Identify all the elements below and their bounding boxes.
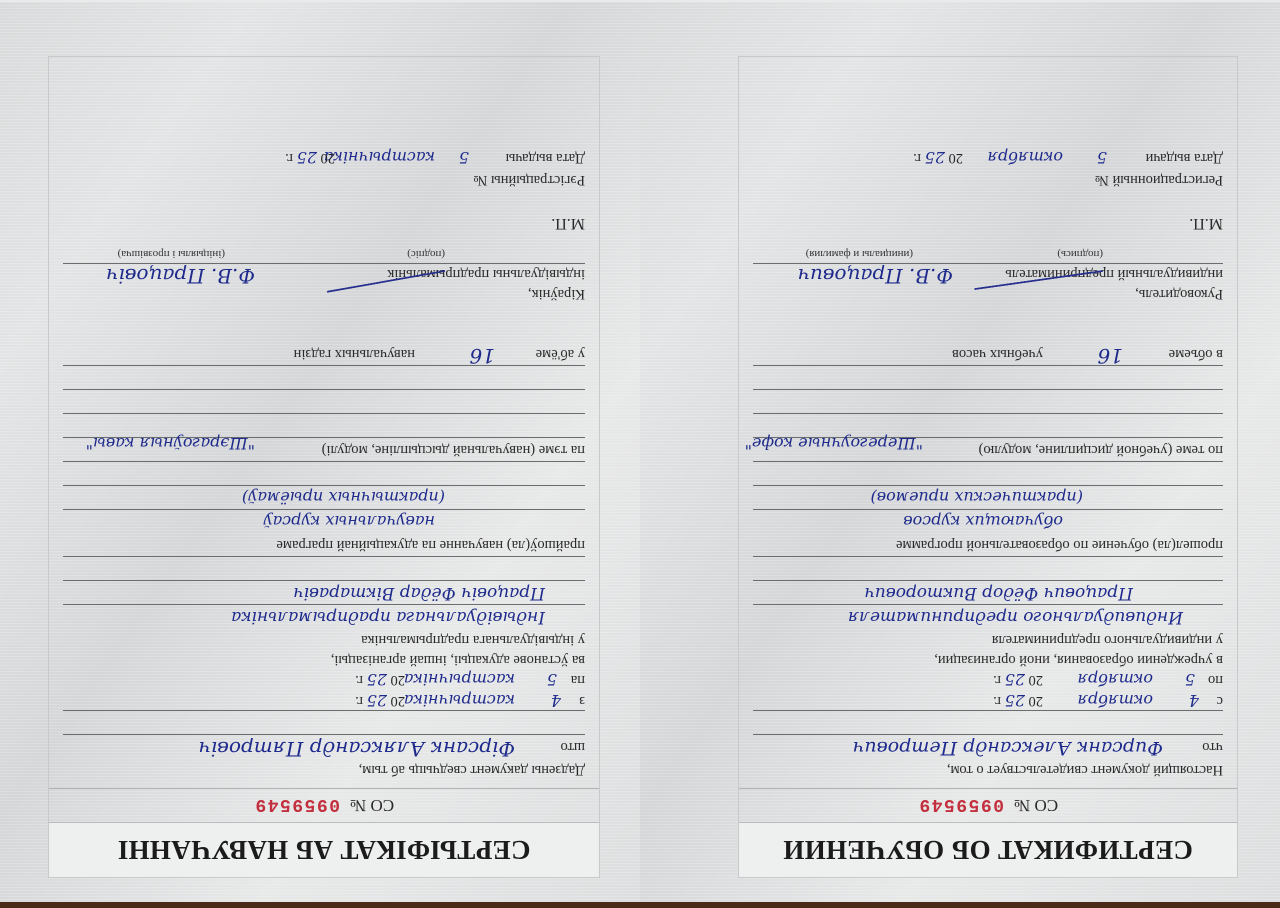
blank-line: [63, 556, 585, 580]
organization-field-2: Працович Фёдор Викторович: [753, 580, 1223, 604]
program-field-2: (практычных прыёмаў): [63, 485, 585, 509]
holder-name-field: што Фірсанк Аляксандр Пятровіч: [63, 734, 585, 758]
registration-row: Рэгістрацыйны №: [63, 168, 585, 190]
serial-value: 0959549: [918, 794, 1004, 814]
certificate-title: СЕРТИФИКАТ ОБ ОБУЧЕНИИ: [739, 822, 1237, 877]
to-month: кастрычніка: [404, 670, 515, 689]
date-from-row: з 4 кастрычніка 20 25 г.: [63, 689, 585, 710]
hours-row: в объеме 16 учебных часов: [753, 342, 1223, 365]
date-from-row: с 4 октября 20 25 г.: [753, 689, 1223, 710]
from-day: 4: [551, 691, 561, 710]
certificate-photo: СЕРТЫФІКАТ АБ НАВУЧАННІ CO №0959549 Дадз…: [0, 0, 1280, 908]
serial-value: 0959549: [254, 794, 340, 814]
holder-name-value: Фірсанк Аляксандр Пятровіч: [198, 737, 515, 761]
signature-block: индивидуальный предприниматель Ф.В. Прац…: [753, 190, 1223, 282]
issue-month: кастрычніка: [324, 148, 435, 167]
from-year: 25: [367, 691, 387, 710]
page-frame: СЕРТИФИКАТ ОБ ОБУЧЕНИИ CO №0959549 Насто…: [738, 56, 1238, 878]
blank-line: [753, 556, 1223, 580]
blank-line: [63, 710, 585, 734]
signature-block: індывідуальны прадпрымальнік Ф.В. Працов…: [63, 190, 585, 282]
date-to-row: по 5 октября 20 25 г.: [753, 668, 1223, 689]
program-field-2: (практических приемов): [753, 485, 1223, 509]
certificate-body: Дадзены дакумент сведчыць аб тым, што Фі…: [63, 146, 585, 781]
topic-value: "Шэрагоўныя кавы": [86, 440, 255, 453]
program-field: навучальных курсаў: [63, 509, 585, 533]
issue-day: 5: [459, 148, 469, 167]
blank-line: [63, 389, 585, 413]
registration-row: Регистрационный №: [753, 168, 1223, 190]
issue-year: 25: [297, 148, 317, 167]
from-month: кастрычніка: [404, 691, 515, 710]
hours-row: у аб'ёме 16 навучальных гадзін: [63, 342, 585, 365]
seal-placeholder: М.П.: [1189, 214, 1223, 232]
blank-line: [63, 413, 585, 437]
issue-date-row: Дата выдачы 5 кастрычніка 20 25 г.: [63, 146, 585, 168]
page-russian: СЕРТЫФІКАТ АБ НАВУЧАННІ CO №0959549 Дадз…: [0, 2, 640, 902]
organization-field: Індывідуальнага прадпрымальніка: [63, 604, 585, 628]
organization-field-2: Працовіч Фёдар Віктаравіч: [63, 580, 585, 604]
holder-name-value: Фирсанк Александр Петрович: [853, 737, 1163, 759]
organization-value-1: Індывідуальнага прадпрымальніка: [231, 607, 545, 627]
blank-line: [753, 461, 1223, 485]
topic-field: па тэме (навучальнай дысцыпліне, модулі)…: [63, 437, 585, 461]
topic-field: по теме (учебной дисциплине, модулю) "Ше…: [753, 437, 1223, 461]
to-year: 25: [367, 670, 387, 689]
to-day: 5: [547, 670, 557, 689]
blank-line: [753, 710, 1223, 734]
blank-line: [753, 365, 1223, 389]
from-year-prefix: 20: [391, 692, 406, 709]
blank-line: [753, 389, 1223, 413]
page-frame: СЕРТЫФІКАТ АБ НАВУЧАННІ CO №0959549 Дадз…: [48, 56, 600, 878]
certificate-title: СЕРТЫФІКАТ АБ НАВУЧАННІ: [49, 822, 599, 877]
holder-name-field: что Фирсанк Александр Петрович: [753, 734, 1223, 758]
program-field: обучающих курсов: [753, 509, 1223, 533]
seal-placeholder: М.П.: [551, 214, 585, 232]
hours-value: 16: [470, 344, 495, 368]
program-value-2: (практычных прыёмаў): [242, 488, 445, 507]
date-to-row: па 5 кастрычніка 20 25 г.: [63, 668, 585, 689]
serial-number: CO №0959549: [739, 794, 1237, 815]
divider: [49, 788, 599, 789]
divider: [739, 788, 1237, 789]
program-value-1: навучальных курсаў: [263, 512, 435, 531]
blank-line: [753, 413, 1223, 437]
organization-value-2: Працовіч Фёдар Віктаравіч: [293, 583, 545, 603]
blank-line: [63, 461, 585, 485]
certificate-spread: СЕРТЫФІКАТ АБ НАВУЧАННІ CO №0959549 Дадз…: [0, 0, 1280, 902]
page-belarusian: СЕРТИФИКАТ ОБ ОБУЧЕНИИ CO №0959549 Насто…: [640, 2, 1280, 902]
issue-date-row: Дата выдачи 5 октября 20 25 г.: [753, 146, 1223, 168]
blank-line: [63, 365, 585, 389]
intro-line: Дадзены дакумент сведчыць аб тым,: [63, 758, 585, 781]
serial-number: CO №0959549: [49, 794, 599, 815]
certificate-body: Настоящий документ свидетельствует о том…: [753, 146, 1223, 781]
head-signature-name: Ф.В. Працовіч: [106, 264, 255, 288]
organization-field: Индивидуального предпринимателя: [753, 604, 1223, 628]
